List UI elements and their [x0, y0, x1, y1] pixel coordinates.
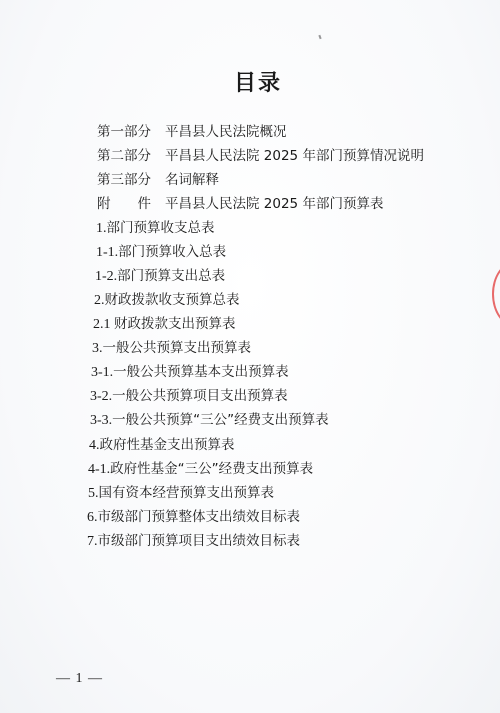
item-number: 3-3. — [90, 413, 112, 428]
item-text: 市级部门预算项目支出绩效目标表 — [98, 533, 301, 549]
item-number: 1-1. — [96, 245, 118, 260]
section-3: 第三部分名词解释 — [97, 168, 219, 188]
toc-item-2: 2.财政拨款收支预算总表 — [94, 288, 240, 309]
section-text: 平昌县人民法院 2025 年部门预算表 — [165, 192, 383, 212]
section-label: 附 件 — [97, 192, 165, 212]
document-page: 目录 第一部分平昌县人民法院概况 第二部分平昌县人民法院 2025 年部门预算情… — [0, 0, 500, 713]
item-number: 3. — [92, 341, 103, 356]
item-text: 部门预算收入总表 — [118, 244, 226, 260]
toc-item-3-3: 3-3.一般公共预算“三公”经费支出预算表 — [90, 408, 329, 429]
item-text: 部门预算支出总表 — [117, 268, 225, 284]
section-label: 第二部分 — [97, 144, 165, 164]
section-text: 平昌县人民法院 2025 年部门预算情况说明 — [165, 144, 424, 164]
page-title: 目录 — [0, 66, 500, 97]
item-number: 3-1. — [91, 365, 113, 380]
toc-item-1: 1.部门预算收支总表 — [96, 216, 215, 237]
page-number: — 1 — — [56, 671, 103, 687]
item-text: 一般公共预算“三公”经费支出预算表 — [112, 412, 329, 428]
item-text: 国有资本经营预算支出预算表 — [99, 485, 275, 501]
item-number: 6. — [87, 510, 98, 525]
item-text: 一般公共预算支出预算表 — [103, 340, 252, 356]
item-text: 部门预算收支总表 — [107, 220, 215, 236]
section-2: 第二部分平昌县人民法院 2025 年部门预算情况说明 — [97, 144, 424, 164]
section-1: 第一部分平昌县人民法院概况 — [97, 120, 287, 140]
item-text: 政府性基金“三公”经费支出预算表 — [110, 461, 313, 477]
toc-item-5: 5.国有资本经营预算支出预算表 — [88, 481, 274, 502]
item-text: 一般公共预算项目支出预算表 — [112, 388, 288, 404]
item-number: 4-1. — [88, 462, 110, 477]
item-number: 3-2. — [90, 389, 112, 404]
item-number: 7. — [87, 534, 98, 549]
toc-item-3: 3.一般公共预算支出预算表 — [92, 336, 251, 357]
section-label: 第三部分 — [97, 168, 165, 188]
item-number: 1-2. — [95, 269, 117, 284]
item-number: 4. — [89, 438, 100, 453]
toc-item-4: 4.政府性基金支出预算表 — [89, 433, 235, 454]
item-number: 2.1 — [93, 317, 114, 332]
toc-item-1-1: 1-1.部门预算收入总表 — [96, 240, 226, 261]
toc-item-4-1: 4-1.政府性基金“三公”经费支出预算表 — [88, 457, 313, 478]
red-seal-edge — [492, 262, 500, 326]
section-label: 第一部分 — [97, 120, 165, 140]
section-attachment: 附 件平昌县人民法院 2025 年部门预算表 — [97, 192, 383, 212]
item-text: 一般公共预算基本支出预算表 — [113, 364, 289, 380]
scan-speck — [318, 35, 321, 39]
item-text: 财政拨款收支预算总表 — [105, 292, 240, 308]
toc-item-3-2: 3-2.一般公共预算项目支出预算表 — [90, 384, 288, 405]
item-number: 2. — [94, 293, 105, 308]
toc-item-6: 6.市级部门预算整体支出绩效目标表 — [87, 505, 300, 526]
toc-item-3-1: 3-1.一般公共预算基本支出预算表 — [91, 360, 289, 381]
item-text: 政府性基金支出预算表 — [100, 437, 235, 453]
toc-item-7: 7.市级部门预算项目支出绩效目标表 — [87, 529, 300, 550]
toc-item-1-2: 1-2.部门预算支出总表 — [95, 264, 225, 285]
section-text: 平昌县人民法院概况 — [165, 120, 287, 140]
item-text: 财政拨款支出预算表 — [114, 316, 236, 332]
item-number: 1. — [96, 221, 107, 236]
item-text: 市级部门预算整体支出绩效目标表 — [98, 509, 301, 525]
toc-item-2-1: 2.1 财政拨款支出预算表 — [93, 312, 236, 333]
item-number: 5. — [88, 486, 99, 501]
section-text: 名词解释 — [165, 168, 219, 188]
